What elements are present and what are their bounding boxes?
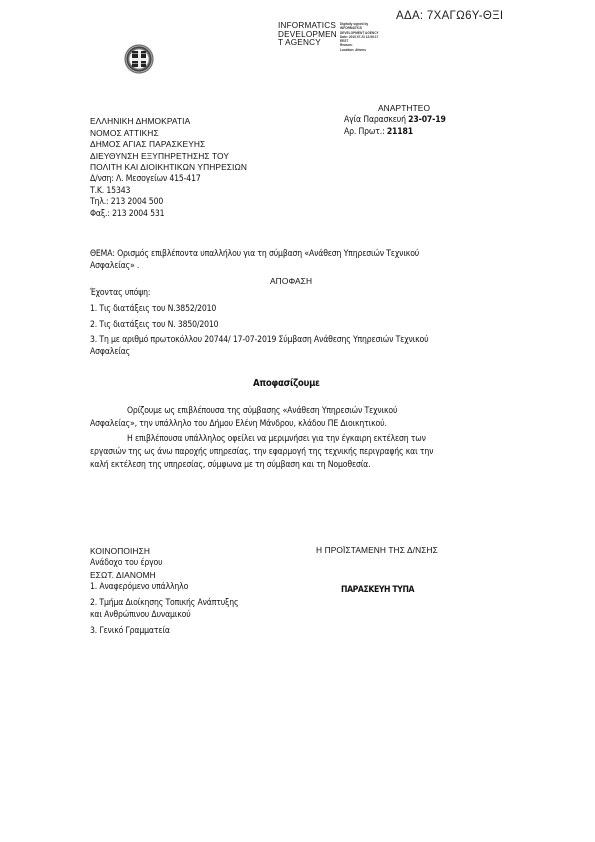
distribution-line: και Ανθρώπινου Δυναμικού — [90, 609, 238, 621]
body-line: εργασιών της ως άνω παροχής υπηρεσίας, τ… — [90, 447, 433, 459]
document-date: 23-07-19 — [408, 115, 446, 125]
considering-item: 2. Τις διατάξεις του Ν. 3850/2010 — [90, 320, 218, 332]
sender-line: ΔΗΜΟΣ ΑΓΙΑΣ ΠΑΡΑΣΚΕΥΗΣ — [90, 139, 247, 151]
distribution-block: ΚΟΙΝΟΠΟΙΗΣΗ Ανάδοχο του έργου ΕΣΩΤ. ΔΙΑΝ… — [90, 545, 238, 637]
subject-line: ΘΕΜΑ: Ορισμός επιβλέποντα υπαλλήλου για … — [90, 249, 419, 261]
body-line: Ασφαλείας», την υπάλληλο του Δήμου Ελένη… — [90, 419, 387, 431]
ada-code: ΑΔΑ: 7ΧΑΓΩ6Υ-ΘΞΙ — [396, 10, 503, 22]
decision-title: ΑΠΟΦΑΣΗ — [270, 276, 312, 288]
subject: ΘΕΜΑ: Ορισμός επιβλέποντα υπαλλήλου για … — [90, 249, 419, 272]
protocol-label: Αρ. Πρωτ.: — [344, 127, 387, 137]
posting-status: ΑΝΑΡΤΗΤΕΟ — [378, 103, 430, 115]
postal-code: Τ.Κ. 15343 — [90, 186, 201, 198]
decide-title: Αποφασίζουμε — [253, 378, 320, 389]
address: Δ/νση: Λ. Μεσογείων 415-417 — [90, 174, 201, 186]
distribution-heading: ΚΟΙΝΟΠΟΙΗΣΗ — [90, 545, 238, 557]
fax: Φαξ.: 213 2004 531 — [90, 209, 201, 221]
body-line: καλή εκτέλεση της υπηρεσίας, σύμφωνα με … — [90, 460, 370, 472]
signatory-name: ΠΑΡΑΣΚΕΥΗ ΤΥΠΑ — [341, 585, 414, 597]
distribution-line: 1. Αναφερόμενο υπάλληλο — [90, 581, 238, 593]
informatics-logo: INFORMATICS DEVELOPMEN T AGENCY — [278, 22, 337, 48]
distribution-line: 3. Γενικό Γραμματεία — [90, 625, 238, 637]
phone: Τηλ.: 213 2004 500 — [90, 197, 201, 209]
sender-block: ΕΛΛΗΝΙΚΗ ΔΗΜΟΚΡΑΤΙΑ ΝΟΜΟΣ ΑΤΤΙΚΗΣ ΔΗΜΟΣ … — [90, 116, 247, 174]
body-line: Ορίζουμε ως επιβλέπουσα της σύμβασης «Αν… — [127, 406, 397, 418]
distribution-line: Ανάδοχο του έργου — [90, 557, 238, 569]
protocol-number: 21181 — [387, 127, 413, 137]
sender-contact: Δ/νση: Λ. Μεσογείων 415-417 Τ.Κ. 15343 Τ… — [90, 174, 201, 221]
signature-line: Location: Athens — [340, 48, 379, 52]
protocol: Αρ. Πρωτ.: 21181 — [344, 127, 413, 139]
sender-line: ΝΟΜΟΣ ΑΤΤΙΚΗΣ — [90, 128, 247, 140]
place-date: Αγία Παρασκευή 23-07-19 — [344, 115, 446, 127]
place-label: Αγία Παρασκευή — [344, 115, 408, 125]
signatory-title: Η ΠΡΟΪΣΤΑΜΕΝΗ ΤΗΣ Δ/ΝΣΗΣ — [316, 545, 438, 557]
body-line: Η επιβλέπουσα υπάλληλος οφείλει να μεριμ… — [127, 434, 426, 446]
considering-item: 1. Τις διατάξεις του Ν.3852/2010 — [90, 304, 216, 316]
sender-line: ΔΙΕΥΘΥΝΣΗ ΕΞΥΠΗΡΕΤΗΣΗΣ ΤΟΥ — [90, 151, 247, 163]
sender-line: ΕΛΛΗΝΙΚΗ ΔΗΜΟΚΡΑΤΙΑ — [90, 116, 247, 128]
logo-line: T AGENCY — [278, 39, 337, 48]
sender-line: ΠΟΛΙΤΗ ΚΑΙ ΔΙΟΙΚΗΤΙΚΩΝ ΥΠΗΡΕΣΙΩΝ — [90, 162, 247, 174]
considering-item: 3. Τη με αριθμό πρωτοκόλλου 20744/ 17-07… — [90, 335, 428, 347]
greek-emblem-icon — [124, 44, 154, 74]
distribution-line: 2. Τμήμα Διοίκησης Τοπικής Ανάπτυξης — [90, 597, 238, 609]
distribution-heading: ΕΣΩΤ. ΔΙΑΝΟΜΗ — [90, 569, 238, 581]
considering-label: Έχοντας υπόψη: — [90, 288, 150, 300]
subject-line: Ασφαλείας» . — [90, 261, 419, 273]
considering-item-cont: Ασφαλείας — [90, 347, 130, 359]
digital-signature-stamp: Digitally signed by INFORMATICS DEVELOPM… — [340, 22, 379, 52]
